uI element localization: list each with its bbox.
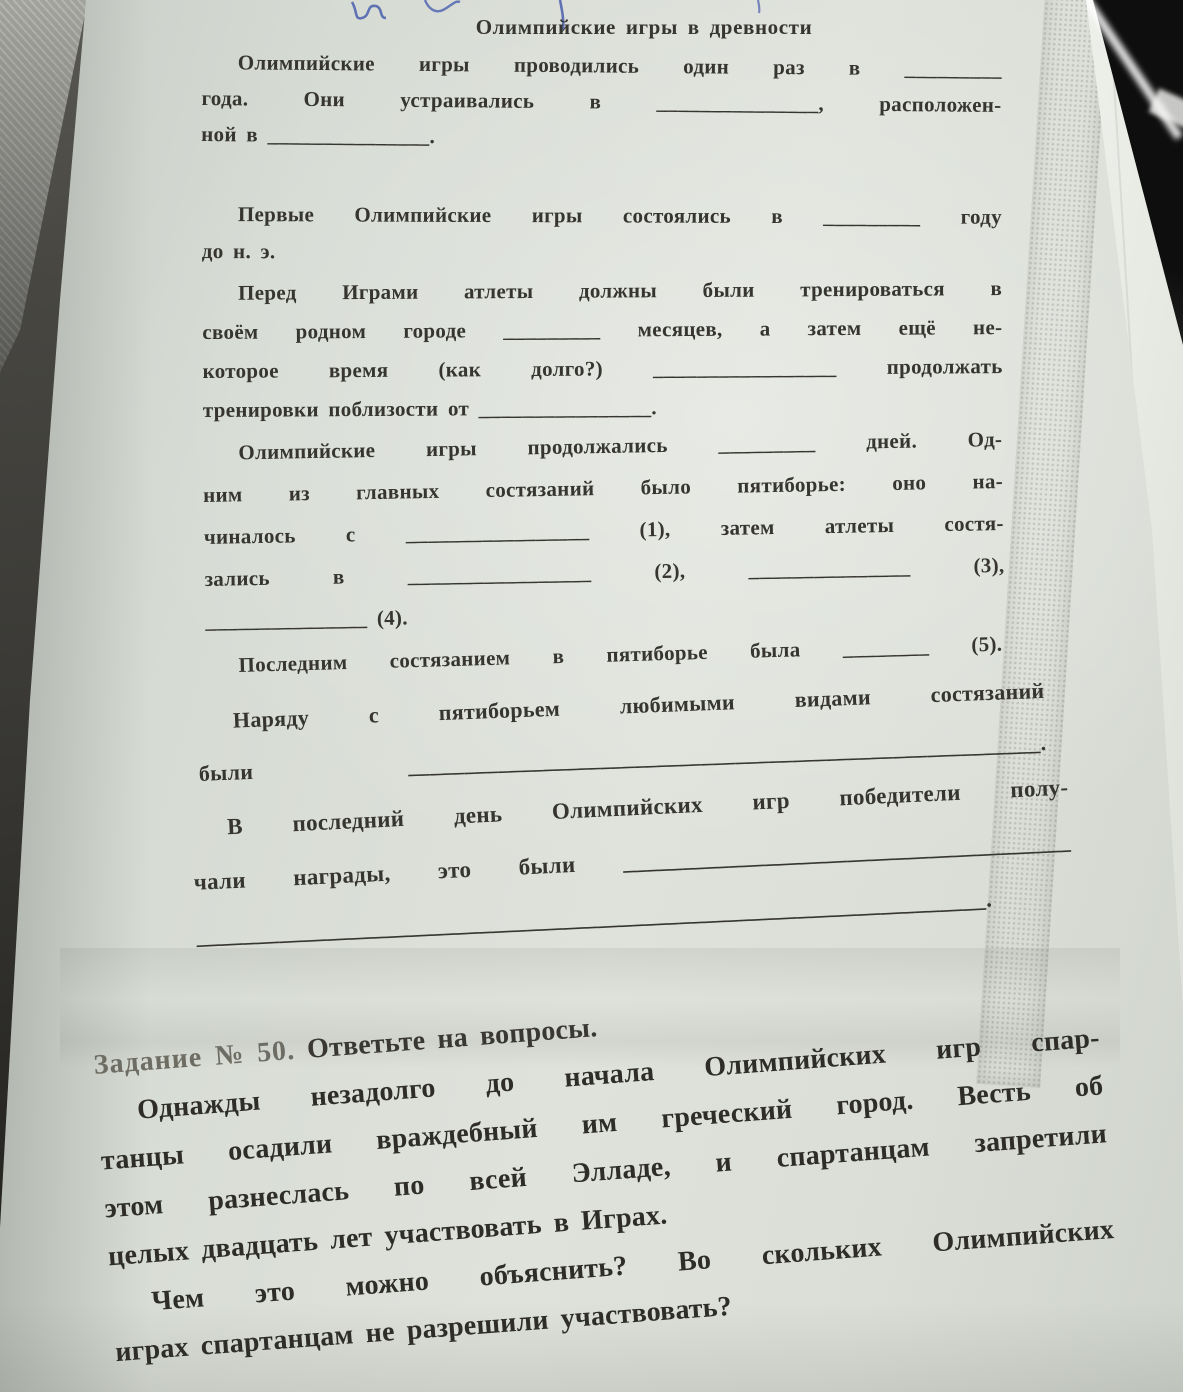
form-title: Олимпийские игры в древности bbox=[244, 10, 1044, 44]
worksheet-page: Олимпийские игры в древности Олимпийские… bbox=[0, 0, 1183, 1392]
task-number: Задание № 50. bbox=[93, 1035, 297, 1081]
form-paragraph: Олимпийские игры проводились один раз в … bbox=[201, 44, 1002, 159]
form-line: которое время (как долго?) _____________… bbox=[202, 347, 1002, 391]
form-line: своём родном городе _________ месяцев, а… bbox=[202, 308, 1002, 352]
form-line: ной в _______________. bbox=[201, 116, 1001, 159]
form-paragraph: Первые Олимпийские игры состоялись в ___… bbox=[202, 196, 1002, 273]
form-paragraphs: Олимпийские игры проводились один раз в … bbox=[202, 44, 1002, 964]
form-line: Первые Олимпийские игры состоялись в ___… bbox=[202, 196, 1002, 236]
form-line: до н. э. bbox=[202, 233, 1002, 273]
fill-in-form: Олимпийские игры в древности Олимпийские… bbox=[202, 10, 1002, 964]
form-line: Перед Играми атлеты должны были трениров… bbox=[202, 269, 1002, 313]
form-paragraph: Перед Играми атлеты должны были трениров… bbox=[202, 269, 1003, 430]
form-paragraph: Олимпийские игры продолжались _________ … bbox=[202, 418, 1006, 642]
